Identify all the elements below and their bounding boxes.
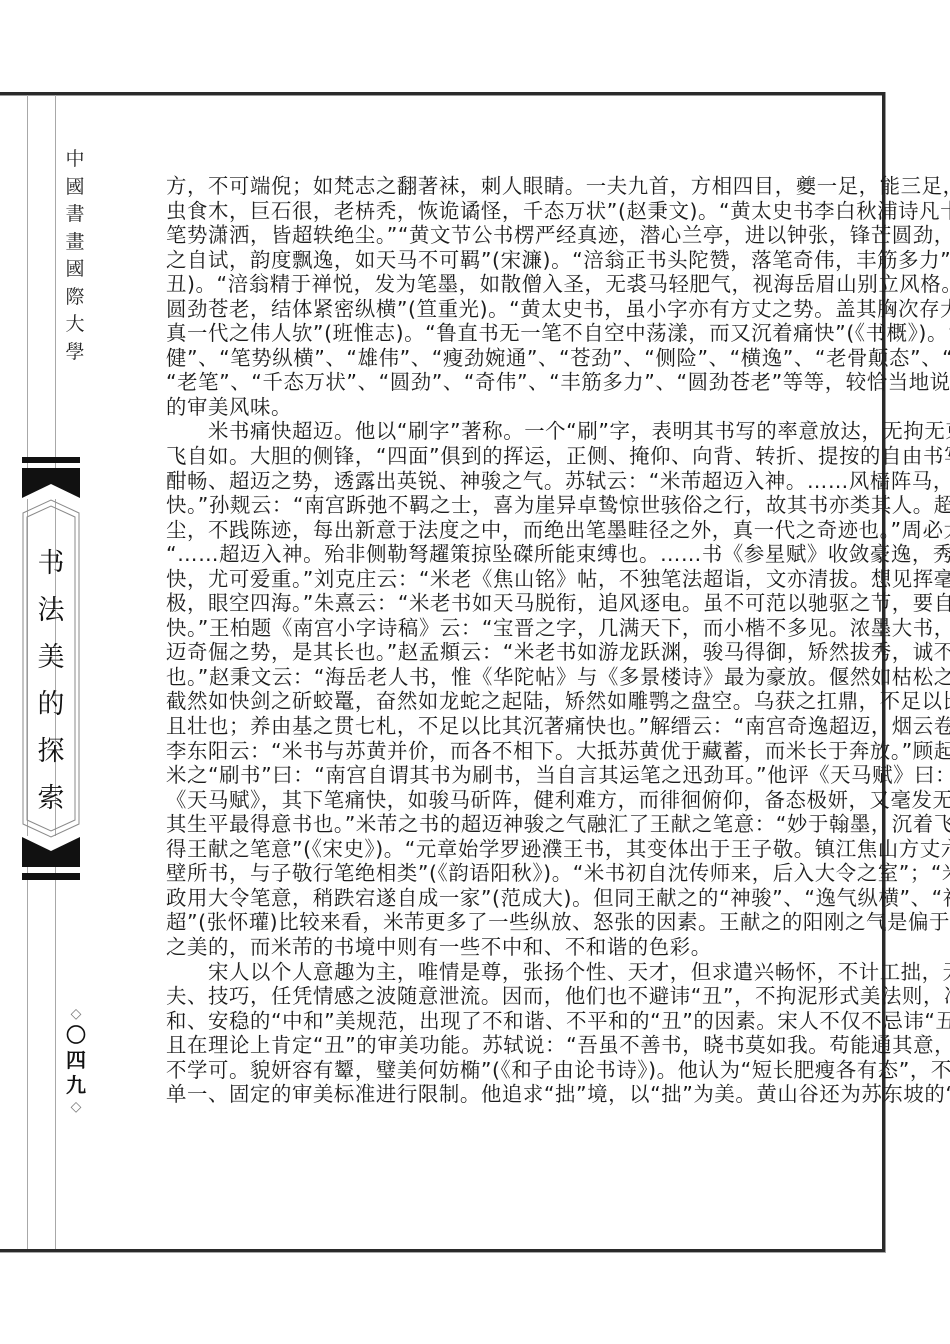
text-line: 不学可。貌妍容有颦，璧美何妨椭”(《和子由论书诗》)。他认为“短长肥瘦各有态”，… <box>166 1058 822 1083</box>
book-title-char: 索 <box>38 775 65 822</box>
university-name-char: 國 <box>65 174 84 202</box>
paragraph-first-line: 米书痛快超迈。他以“刷字”著称。一个“刷”字，表明其书写的率意放达，无拘无束，翻 <box>166 419 822 444</box>
university-name-char: 畫 <box>65 229 84 257</box>
text-line: 单一、固定的审美标准进行限制。他追求“拙”境，以“拙”为美。黄山谷还为苏东坡的“… <box>166 1082 822 1107</box>
text-line: 酣畅、超迈之势，透露出英锐、神骏之气。苏轼云：“米芾超迈入神。……风樯阵马，沉着… <box>166 469 822 494</box>
text-line: 得王献之笔意”(《宋史》)。“元章始学罗逊濮王书，其变体出于王子敬。镇江焦山方丈… <box>166 837 822 862</box>
text-line: 夫、技巧，任凭情感之波随意泄流。因而，他们也不避讳“丑”，不拘泥形式美法则，冲破… <box>166 984 822 1009</box>
text-line: 其生平最得意书也。”米芾之书的超迈神骏之气融汇了王献之笔意：“妙于翰墨，沉着飞翥… <box>166 812 822 837</box>
text-line: 圆劲苍老，结体紧密纵横”(笪重光)。“黄太史书，虽小字亦有方丈之势。盖其胸次存大… <box>166 297 822 322</box>
paragraph-first-line: 宋人以个人意趣为主，唯情是尊，张扬个性、天才，但求遣兴畅怀，不计工拙，无所谓功 <box>166 960 822 985</box>
text-line: 快。”孙觌云：“南宫跅弛不羁之士，喜为崖异卓鸷惊世骇俗之行，故其书亦类其人。超轶… <box>166 493 822 518</box>
text-line: 之美的，而米芾的书境中则有一些不中和、不和谐的色彩。 <box>166 935 822 960</box>
diamond-ornament-icon: ◇ <box>71 1098 82 1116</box>
text-line: 李东阳云：“米书与苏黄并价，而各不相下。大抵苏黄优于藏蓄，而米长于奔放。”顾起元… <box>166 739 822 764</box>
page-number-digit: 九 <box>66 1073 86 1098</box>
page-number: ◇ 〇 四 九 ◇ <box>61 1005 91 1116</box>
text-line: 真一代之伟人欤”(班惟志)。“鲁直书无一笔不自空中荡漾，而又沉着痛快”(《书概》… <box>166 321 822 346</box>
text-line: 快，尤可爱重。”刘克庄云：“米老《焦山铭》帖，不独笔法超诣，文亦清拔。想见挥毫时… <box>166 567 822 592</box>
university-name-char: 大 <box>65 311 84 339</box>
text-line: 和、安稳的“中和”美规范，出现了不和谐、不平和的“丑”的因素。宋人不仅不忌讳“丑… <box>166 1009 822 1034</box>
text-line: 且在理论上肯定“丑”的审美功能。苏轼说：“吾虽不善书，晓书莫如我。苟能通其意，尝… <box>166 1033 822 1058</box>
page-frame-top-shadow <box>0 95 885 96</box>
text-line: 也。”赵秉文云：“海岳老人书，惟《华陀帖》与《多景楼诗》最为豪放。偃然如枯松之卧… <box>166 665 822 690</box>
text-line: 壁所书，与子敬行笔绝相类”(《韵语阳秋》)。“米书初自沈传师来，后入大令之室”；… <box>166 861 822 886</box>
text-line: 笔势潇洒，皆超轶绝尘。”“黄文节公书楞严经真迹，潜心兰亭，进以钟张，锋芒圆劲，犹… <box>166 223 822 248</box>
university-name-char: 書 <box>65 201 84 229</box>
text-line: 《天马赋》，其下笔痛快，如骏马斫阵，健利难方，而徘徊俯仰，备态极妍，又毫发无遗恨… <box>166 788 822 813</box>
university-name-char: 中 <box>65 146 84 174</box>
text-line: 极，眼空四海。”朱熹云：“米老书如天马脱衔，追风逐电。虽不可范以驰驱之节，要自不… <box>166 591 822 616</box>
text-line: 迈奇倔之势，是其长也。”赵孟頫云：“米老书如游龙跃渊，骏马得御，矫然拔秀，诚不可… <box>166 640 822 665</box>
text-line: 且壮也；养由基之贯七札，不足以比其沉著痛快也。”解缙云：“南宫奇逸超迈，烟云卷舒… <box>166 714 822 739</box>
text-line: 截然如快剑之斫蛟鼍，奋然如龙蛇之起陆，矫然如雕鹗之盘空。乌获之扛鼎，不足以比其雄 <box>166 689 822 714</box>
university-name-char: 際 <box>65 284 84 312</box>
book-title-char: 法 <box>38 587 65 634</box>
diamond-ornament-icon: ◇ <box>71 1005 82 1023</box>
page-frame-bottom-shadow <box>0 1252 886 1253</box>
university-name-char: 國 <box>65 256 84 284</box>
book-title-char: 书 <box>38 540 65 587</box>
text-line: 超”(张怀瓘)比较来看，米芾更多了一些纵放、怒张的因素。王献之的阳刚之气是偏于中… <box>166 910 822 935</box>
text-line: 方，不可端倪；如梵志之翻著袜，刺人眼睛。一夫九首，方相四目，夔一足，能三足，猿枭… <box>166 174 822 199</box>
text-line: “……超迈入神。殆非侧勒弩趯策掠坠磔所能束缚也。……书《参星赋》收敛豪逸，秀杰痛 <box>166 542 822 567</box>
text-line: 米之“刷书”曰：“南宫自谓其书为刷书，当自言其运笔之迅劲耳。”他评《天马赋》曰：… <box>166 763 822 788</box>
book-title-char: 美 <box>38 634 65 681</box>
text-line: 虫食木，巨石很，老枿秃，恢诡谲怪，千态万状”(赵秉文)。“黄太史书李白秋浦诗凡十… <box>166 199 822 224</box>
text-line: 飞自如。大胆的侧锋，“四面”俱到的挥运，正侧、掩仰、向背、转折、提按的自由书写，… <box>166 444 822 469</box>
text-line: 尘，不践陈迹，每出新意于法度之中，而绝出笔墨畦径之外，真一代之奇迹也。”周必大云… <box>166 518 822 543</box>
text-line: 丑)。“涪翁精于禅悦，发为笔墨，如散僧入圣，无裘马轻肥气，视海岳眉山别立风格。”… <box>166 272 822 297</box>
page-number-digit: 四 <box>66 1048 86 1073</box>
text-line: 的审美风味。 <box>166 395 822 420</box>
book-title-char: 探 <box>38 728 65 775</box>
text-line: “老笔”、“千态万状”、“圆劲”、“奇伟”、“丰筋多力”、“圆劲苍老”等等，较恰… <box>166 370 822 395</box>
text-line: 政用大令笔意，稍跌宕遂自成一家”(范成大)。但同王献之的“神骏”、“逸气纵横”、… <box>166 886 822 911</box>
body-text-block: 方，不可端倪；如梵志之翻著袜，刺人眼睛。一夫九首，方相四目，夔一足，能三足，猿枭… <box>166 174 822 1107</box>
text-line: 快。”王柏题《南宫小字诗稿》云：“宝晋之字，几满天下，而小楷不多见。浓墨大书，以… <box>166 616 822 641</box>
book-title-vertical: 书 法 美 的 探 索 <box>22 540 80 822</box>
book-title-char: 的 <box>38 681 65 728</box>
sidebar-university-name: 中 國 書 畫 國 際 大 學 <box>62 146 88 366</box>
text-line: 之自试，韵度飘逸，如天马不可羁”(宋濂)。“涪翁正书头陀赞，落笔奇伟，丰筋多力”… <box>166 248 822 273</box>
university-name-char: 學 <box>65 339 84 367</box>
book-title-banner: 书 法 美 的 探 索 <box>22 455 80 905</box>
page-number-digit: 〇 <box>66 1023 86 1048</box>
text-line: 健”、“笔势纵横”、“雄伟”、“瘦劲婉通”、“苍劲”、“侧险”、“横逸”、“老骨… <box>166 346 822 371</box>
